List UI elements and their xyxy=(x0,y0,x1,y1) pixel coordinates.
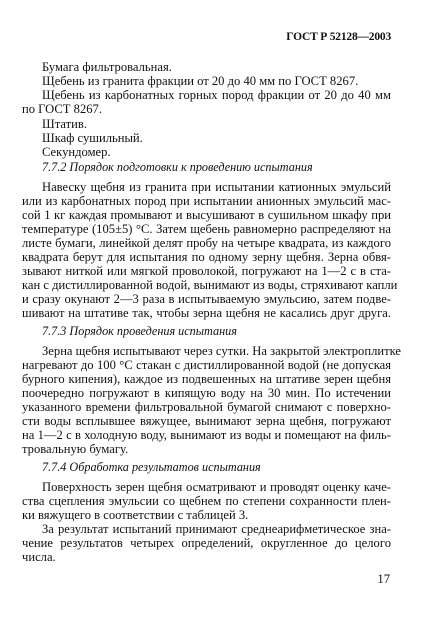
paragraph-line: нагревают до 100 °С стакан с дистиллиров… xyxy=(22,358,391,372)
document-standard-id: ГОСТ Р 52128—2003 xyxy=(286,31,391,43)
paragraph-line: Навеску щебня из гранита при испытании к… xyxy=(42,180,391,194)
paragraph-line: сти воды всплывшее вяжущее, вынимают зер… xyxy=(22,414,391,428)
paragraph-line: или из карбонатных пород при испытании а… xyxy=(22,194,391,208)
paragraph-line: шивают на штативе так, чтобы зерна щебня… xyxy=(22,306,391,320)
list-item: Секундомер. xyxy=(42,145,391,159)
paragraph-line: листе бумаги, линейкой делят пробу на че… xyxy=(22,236,391,250)
section-heading: 7.7.3 Порядок проведения испытания xyxy=(42,324,391,338)
paragraph-line: квадрата берут для испытания по одному з… xyxy=(22,250,391,264)
document-page: ГОСТ Р 52128—2003 Бумага фильтровальная.… xyxy=(0,0,425,633)
list-item: Щебень из гранита фракции от 20 до 40 мм… xyxy=(42,74,391,88)
paragraph-line: указанного времени фильтровальной бумаго… xyxy=(22,400,391,414)
paragraph-line: температуре (105±5) °С. Затем щебень рав… xyxy=(22,222,391,236)
page-number: 17 xyxy=(377,572,390,587)
paragraph-line: ки вяжущего в соответствии с таблицей 3. xyxy=(22,508,391,522)
paragraph-line: и сразу окунают 2—3 раза в испытываемую … xyxy=(22,292,391,306)
paragraph-line: Зерна щебня испытывают через сутки. На з… xyxy=(42,344,391,358)
paragraph-line: За результат испытаний принимают среднеа… xyxy=(42,522,391,536)
paragraph-line: поочередно погружают в кипящую воду на 3… xyxy=(22,386,391,400)
list-item: Бумага фильтровальная. xyxy=(42,60,391,74)
paragraph-line: на 1—2 с в холодную воду, вынимают из во… xyxy=(22,428,391,442)
section-heading: 7.7.4 Обработка результатов испытания xyxy=(42,460,391,474)
list-item: Шкаф сушильный. xyxy=(42,131,391,145)
paragraph-line: числа. xyxy=(22,550,391,564)
list-item: Щебень из карбонатных горных пород фракц… xyxy=(42,88,391,102)
list-item: Штатив. xyxy=(42,117,391,131)
list-item: по ГОСТ 8267. xyxy=(22,102,391,116)
section-heading: 7.7.2 Порядок подготовки к проведению ис… xyxy=(42,160,391,174)
paragraph-line: чение результатов четырех определений, о… xyxy=(22,536,391,550)
paragraph-line: Поверхность зерен щебня осматривают и пр… xyxy=(42,480,391,494)
paragraph-line: ства сцепления эмульсии со щебнем по сте… xyxy=(22,494,391,508)
paragraph-line: зывают ниткой или мягкой проволокой, пог… xyxy=(22,264,391,278)
paragraph-line: тровальную бумагу. xyxy=(22,442,391,456)
paragraph-line: кан с дистиллированной водой, вынимают и… xyxy=(22,278,391,292)
paragraph-line: бурного кипения), каждое из подвешенных … xyxy=(22,372,391,386)
paragraph-line: сой 1 кг каждая промывают и высушивают в… xyxy=(22,208,391,222)
